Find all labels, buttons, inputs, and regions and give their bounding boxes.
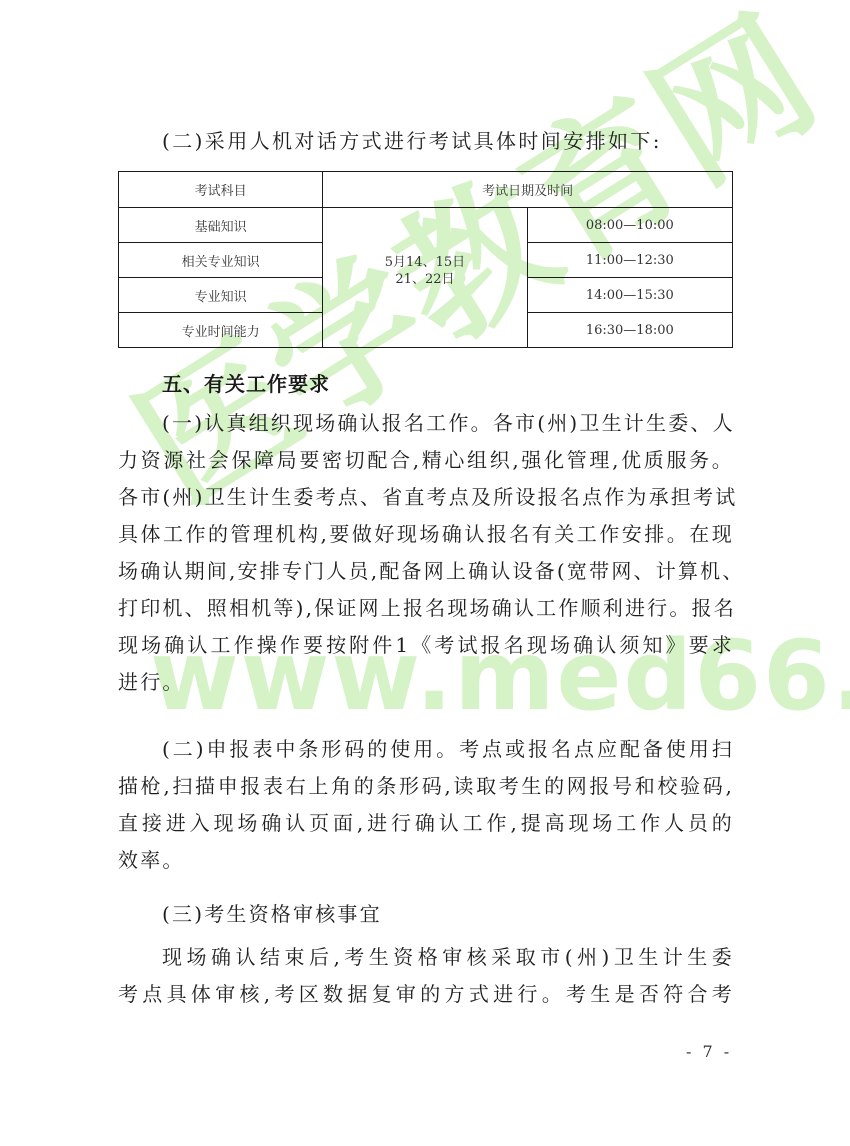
paragraph-line: 现场确认工作操作要按附件1《考试报名现场确认须知》要求 <box>118 627 734 664</box>
paragraph-line: (一)认真组织现场确认报名工作。各市(州)卫生计生委、人 <box>118 405 734 442</box>
paragraph-line: 具体工作的管理机构,要做好现场确认报名有关工作安排。在现 <box>118 516 734 553</box>
paragraph-line: 场确认期间,安排专门人员,配备网上确认设备(宽带网、计算机、 <box>118 553 734 590</box>
time-cell: 16:30—18:00 <box>527 313 732 348</box>
document-page: 医学教育网 www.med66.com (二)采用人机对话方式进行考试具体时间安… <box>0 0 850 1146</box>
paragraph-line: 考点具体审核,考区数据复审的方式进行。考生是否符合考 <box>118 976 734 1013</box>
paragraph-line: 直接进入现场确认页面,进行确认工作,提高现场工作人员的 <box>118 805 734 842</box>
section-heading: 五、有关工作要求 <box>162 367 330 401</box>
paragraph-onsite-confirmation: (一)认真组织现场确认报名工作。各市(州)卫生计生委、人 力资源社会保障局要密切… <box>118 405 734 701</box>
subject-cell: 基础知识 <box>119 208 323 243</box>
paragraph-line: 描枪,扫描申报表右上角的条形码,读取考生的网报号和校验码, <box>118 768 734 805</box>
paragraph-line: 打印机、照相机等),保证网上报名现场确认工作顺利进行。报名 <box>118 590 734 627</box>
paragraph-line: 进行。 <box>118 664 734 701</box>
paragraph-line: 力资源社会保障局要密切配合,精心组织,强化管理,优质服务。 <box>118 442 734 479</box>
header-date-time: 考试日期及时间 <box>323 172 733 208</box>
table-header-row: 考试科目 考试日期及时间 <box>119 172 733 208</box>
exam-schedule-table: 考试科目 考试日期及时间 基础知识 5月14、15日 21、22日 08:00—… <box>118 171 733 348</box>
header-subject: 考试科目 <box>119 172 323 208</box>
time-cell: 14:00—15:30 <box>527 278 732 313</box>
paragraph-line: 效率。 <box>118 842 734 879</box>
paragraph-line: (二)申报表中条形码的使用。考点或报名点应配备使用扫 <box>118 731 734 768</box>
subject-cell: 相关专业知识 <box>119 243 323 278</box>
page-number: - 7 - <box>686 1042 732 1061</box>
time-cell: 08:00—10:00 <box>527 208 732 243</box>
paragraph-qualification-review: 现场确认结束后,考生资格审核采取市(州)卫生计生委 考点具体审核,考区数据复审的… <box>118 939 734 1013</box>
subject-cell: 专业知识 <box>119 278 323 313</box>
page-content: (二)采用人机对话方式进行考试具体时间安排如下: 考试科目 考试日期及时间 基础… <box>0 0 850 1146</box>
time-cell: 11:00—12:30 <box>527 243 732 278</box>
date-cell: 5月14、15日 21、22日 <box>323 208 527 348</box>
subject-cell: 专业时间能力 <box>119 313 323 348</box>
schedule-intro: (二)采用人机对话方式进行考试具体时间安排如下: <box>162 124 662 158</box>
paragraph-barcode-usage: (二)申报表中条形码的使用。考点或报名点应配备使用扫 描枪,扫描申报表右上角的条… <box>118 731 734 879</box>
table-row: 基础知识 5月14、15日 21、22日 08:00—10:00 <box>119 208 733 243</box>
date-line-1: 5月14、15日 <box>323 254 526 271</box>
paragraph-line: 现场确认结束后,考生资格审核采取市(州)卫生计生委 <box>118 939 734 976</box>
paragraph-line: (三)考生资格审核事宜 <box>118 896 734 933</box>
paragraph-line: 各市(州)卫生计生委考点、省直考点及所设报名点作为承担考试 <box>118 479 734 516</box>
date-line-2: 21、22日 <box>323 271 526 288</box>
subheading-qualification-review: (三)考生资格审核事宜 <box>118 896 734 933</box>
